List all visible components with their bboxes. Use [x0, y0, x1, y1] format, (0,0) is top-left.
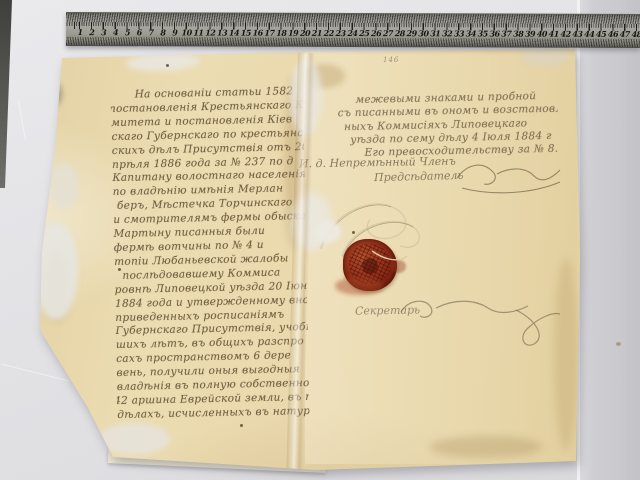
list-item: 41 [548, 29, 560, 39]
list-item: 47 [619, 29, 631, 39]
list-item: 20 [299, 28, 311, 38]
list-item: 45 [595, 29, 607, 39]
ink-spot [166, 64, 169, 67]
stain [430, 436, 542, 458]
list-item: 12 [204, 27, 216, 37]
list-item: 19 [287, 28, 299, 38]
ink-spot [118, 268, 121, 271]
list-item: 15 [240, 28, 252, 38]
list-item: 7 [145, 27, 157, 37]
list-item: 48 [631, 29, 640, 39]
ink-spot [352, 231, 355, 234]
list-item: 11 [193, 27, 205, 37]
list-item: 26 [370, 28, 382, 38]
list-item: 36 [489, 28, 501, 38]
list-item: 28 [394, 28, 406, 38]
paper-damage [98, 423, 170, 455]
list-item: 35 [477, 28, 489, 38]
list-item: 44 [583, 29, 595, 39]
list-item: 46 [607, 29, 619, 39]
right-page-handwriting: межевыми знаками и пробнойсъ писанными в… [337, 90, 558, 161]
list-item: 17 [264, 28, 276, 38]
list-item: 3 [98, 27, 110, 37]
secretary-signature [396, 292, 566, 350]
list-item: 22 [323, 28, 335, 38]
list-item: 40 [536, 29, 548, 39]
left-page-handwriting: На основаніи статьи 1582постановленія Кр… [111, 85, 310, 423]
photo-of-archival-document: На основаніи статьи 1582постановленія Кр… [0, 0, 640, 480]
list-item: 23 [335, 28, 347, 38]
list-item: 34 [465, 28, 477, 38]
list-item: 8 [157, 27, 169, 37]
list-item: 42 [560, 29, 572, 39]
paper-damage [126, 53, 201, 73]
stain [554, 258, 578, 450]
document-paper: На основаніи статьи 1582постановленія Кр… [0, 0, 640, 480]
list-item: 2 [86, 27, 98, 37]
list-item: 33 [453, 28, 465, 38]
wax-spill [335, 277, 383, 295]
paper-damage [522, 48, 570, 66]
list-item: 14 [228, 28, 240, 38]
ruler: 1234567891011121314151617181920212223242… [66, 12, 640, 48]
list-item: 31 [429, 28, 441, 38]
list-item: 10 [181, 27, 193, 37]
list-item: 43 [572, 29, 584, 39]
list-item: 27 [382, 28, 394, 38]
folio-number: 146 [383, 56, 399, 64]
member-title-line: И. д. Непремѣнный Членъ [299, 155, 456, 171]
list-item: 39 [524, 29, 536, 39]
document: На основаніи статьи 1582постановленія Кр… [0, 0, 640, 480]
list-item: 24 [346, 28, 358, 38]
list-item: 16 [252, 28, 264, 38]
ink-spot [240, 424, 243, 427]
chairman-signature [452, 156, 567, 201]
paper-damage [34, 222, 78, 320]
paper-damage [314, 220, 341, 243]
list-item: 37 [500, 29, 512, 39]
paper-damage [50, 162, 78, 210]
list-item: 1 [74, 27, 86, 37]
ruler-hatch-bottom [66, 37, 640, 47]
list-item: 18 [275, 28, 287, 38]
shadow-stain [38, 80, 62, 108]
list-item: 32 [441, 28, 453, 38]
list-item: дѣлахъ, исчисленныхъ въ натурѣ [117, 405, 309, 423]
list-item: 5 [121, 27, 133, 37]
list-item: 29 [406, 28, 418, 38]
list-item: 21 [311, 28, 323, 38]
list-item: 25 [358, 28, 370, 38]
chairman-label: Предсѣдатель [374, 169, 464, 184]
list-item: 38 [512, 29, 524, 39]
list-item: 4 [110, 27, 122, 37]
list-item: 30 [418, 28, 430, 38]
list-item: 13 [216, 28, 228, 38]
list-item: 9 [169, 27, 181, 37]
list-item: 6 [133, 27, 145, 37]
